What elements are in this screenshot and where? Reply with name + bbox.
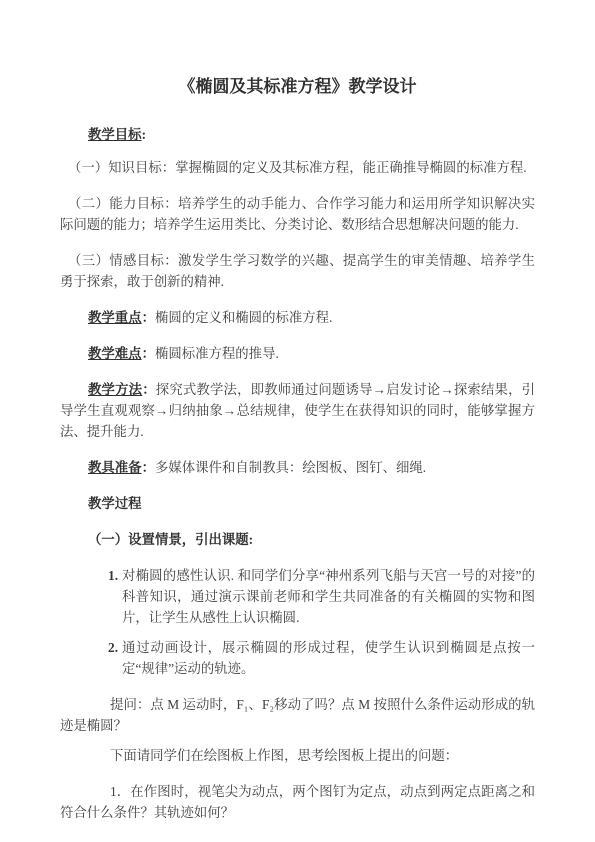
stage-one-heading: （一）设置情景，引出课题: [60, 529, 535, 550]
objective-ability: （二）能力目标：培养学生的动手能力、合作学习能力和运用所学知识解决实际问题的能力… [60, 193, 535, 235]
objective-knowledge: （一）知识目标：掌握椭圆的定义及其标准方程，能正确推导椭圆的标准方程. [60, 157, 535, 178]
teaching-aids: 教具准备：多媒体课件和自制教具：绘图板、图钉、细绳. [60, 457, 535, 478]
list-item-1-text: 对椭圆的感性认识. 和同学们分享“神州系列飞船与天宫一号的对接”的科普知识，通过… [122, 568, 535, 625]
teaching-process-heading: 教学过程 [60, 493, 535, 514]
teaching-aids-label: 教具准备 [88, 460, 142, 475]
teaching-objectives-label: 教学目标 [88, 127, 142, 142]
teaching-focus-colon: ： [142, 310, 155, 325]
teaching-focus: 教学重点：椭圆的定义和椭圆的标准方程. [60, 307, 535, 328]
teaching-focus-label: 教学重点 [88, 310, 142, 325]
teaching-difficulty-label: 教学难点 [88, 346, 142, 361]
list-item-2: 2.通过动画设计，展示椭圆的形成过程，使学生认识到椭圆是点按一定“规律”运动的轨… [60, 637, 535, 679]
teaching-difficulty-text: 椭圆标准方程的推导. [155, 346, 279, 361]
teaching-method: 教学方法：探究式教学法，即教师通过问题诱导→启发讨论→探索结果，引导学生直观观察… [60, 379, 535, 442]
list-item-1-number: 1. [108, 565, 118, 586]
teaching-difficulty-colon: ： [142, 346, 155, 361]
teaching-method-colon: ： [142, 382, 156, 397]
list-item-2-number: 2. [108, 637, 118, 658]
objective-emotion: （三）情感目标：激发学生学习数学的兴趣、提高学生的审美情趣、培养学生勇于探索，敢… [60, 250, 535, 292]
teaching-objectives-colon: : [142, 127, 146, 142]
doc-title: 《椭圆及其标准方程》教学设计 [60, 76, 535, 98]
instruction-paragraph: 下面请同学们在绘图板上作图，思考绘图板上提出的问题： [60, 745, 535, 766]
teaching-aids-text: 多媒体课件和自制教具：绘图板、图钉、细绳. [155, 460, 426, 475]
list-item-1: 1.对椭圆的感性认识. 和同学们分享“神州系列飞船与天宫一号的对接”的科普知识，… [60, 565, 535, 628]
teaching-aids-colon: ： [142, 460, 155, 475]
document-page: 《椭圆及其标准方程》教学设计 教学目标: （一）知识目标：掌握椭圆的定义及其标准… [0, 0, 595, 842]
teaching-focus-text: 椭圆的定义和椭圆的标准方程. [155, 310, 332, 325]
list-item-2-text: 通过动画设计，展示椭圆的形成过程，使学生认识到椭圆是点按一定“规律”运动的轨迹。 [122, 640, 535, 676]
subquestion-paragraph: 1．在作图时，视笔尖为动点，两个图钉为定点，动点到两定点距离之和符合什么条件？其… [60, 781, 535, 823]
teaching-method-label: 教学方法 [88, 382, 142, 397]
teaching-difficulty: 教学难点：椭圆标准方程的推导. [60, 343, 535, 364]
question-paragraph: 提问：点 M 运动时，F₁、F₂移动了吗？点 M 按照什么条件运动形成的轨迹是椭… [60, 694, 535, 736]
teaching-objectives-heading: 教学目标: [60, 124, 535, 145]
